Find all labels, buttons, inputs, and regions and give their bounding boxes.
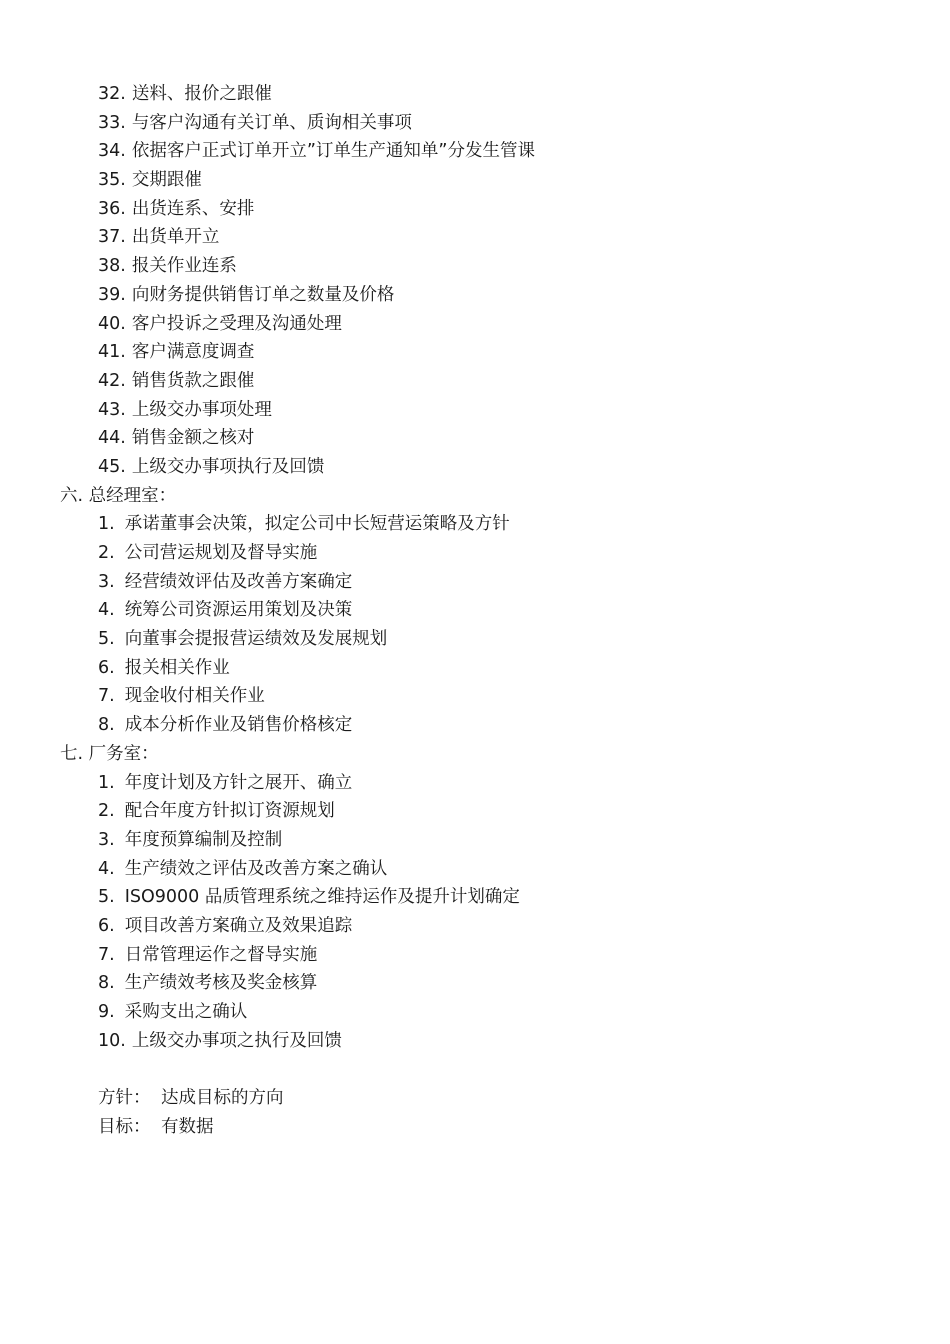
list-item: 35.交期跟催 xyxy=(0,166,950,195)
item-number: 7. xyxy=(98,941,115,970)
item-text: 向财务提供销售订单之数量及价格 xyxy=(132,285,395,305)
definition-policy: 方针：达成目标的方向 xyxy=(0,1084,950,1113)
item-number: 2. xyxy=(98,539,115,568)
item-number: 33. xyxy=(98,109,126,138)
item-number: 41. xyxy=(98,338,126,367)
item-number: 45. xyxy=(98,453,126,482)
definition-text: 有数据 xyxy=(161,1117,214,1137)
list-item: 43.上级交办事项处理 xyxy=(0,396,950,425)
item-number: 40. xyxy=(98,310,126,339)
item-number: 9. xyxy=(98,998,115,1027)
list-item: 4.统筹公司资源运用策划及决策 xyxy=(0,596,950,625)
item-text: 现金收付相关作业 xyxy=(125,686,265,706)
list-item: 44.销售金额之核对 xyxy=(0,424,950,453)
list-item: 34.依据客户正式订单开立”订单生产通知单”分发生管课 xyxy=(0,137,950,166)
list-item: 1.承诺董事会决策，拟定公司中长短营运策略及方针 xyxy=(0,510,950,539)
list-item: 3.经营绩效评估及改善方案确定 xyxy=(0,568,950,597)
section-6-list: 1.承诺董事会决策，拟定公司中长短营运策略及方针 2.公司营运规划及督导实施 3… xyxy=(0,510,950,740)
item-text: 上级交办事项处理 xyxy=(132,400,272,420)
item-number: 35. xyxy=(98,166,126,195)
list-item: 2.配合年度方针拟订资源规划 xyxy=(0,797,950,826)
item-text: 年度预算编制及控制 xyxy=(125,830,283,850)
definition-label: 目标： xyxy=(98,1113,161,1142)
list-item: 3.年度预算编制及控制 xyxy=(0,826,950,855)
blank-line xyxy=(0,1055,950,1084)
item-text: 上级交办事项执行及回馈 xyxy=(132,457,325,477)
item-number: 1. xyxy=(98,510,115,539)
list-item: 7.现金收付相关作业 xyxy=(0,682,950,711)
item-number: 6. xyxy=(98,912,115,941)
item-text: 向董事会提报营运绩效及发展规划 xyxy=(125,629,388,649)
item-text: 经营绩效评估及改善方案确定 xyxy=(125,572,353,592)
item-number: 39. xyxy=(98,281,126,310)
item-number: 43. xyxy=(98,396,126,425)
item-text: 统筹公司资源运用策划及决策 xyxy=(125,600,353,620)
section-5-list: 32.送料、报价之跟催 33.与客户沟通有关订单、质询相关事项 34.依据客户正… xyxy=(0,80,950,482)
item-text: 出货连系、安排 xyxy=(132,199,255,219)
section-heading-factory-affairs-office: 七. 厂务室： xyxy=(0,740,950,769)
section-heading-general-manager-office: 六. 总经理室： xyxy=(0,482,950,511)
item-number: 38. xyxy=(98,252,126,281)
item-number: 4. xyxy=(98,596,115,625)
item-text: 公司营运规划及督导实施 xyxy=(125,543,318,563)
item-number: 4. xyxy=(98,855,115,884)
list-item: 10.上级交办事项之执行及回馈 xyxy=(0,1027,950,1056)
item-number: 6. xyxy=(98,654,115,683)
item-number: 2. xyxy=(98,797,115,826)
item-number: 8. xyxy=(98,711,115,740)
list-item: 38.报关作业连系 xyxy=(0,252,950,281)
item-text: 报关相关作业 xyxy=(125,658,230,678)
item-text: 依据客户正式订单开立”订单生产通知单”分发生管课 xyxy=(132,141,535,161)
list-item: 45.上级交办事项执行及回馈 xyxy=(0,453,950,482)
item-text: 出货单开立 xyxy=(132,227,220,247)
section-7-list: 1.年度计划及方针之展开、确立 2.配合年度方针拟订资源规划 3.年度预算编制及… xyxy=(0,769,950,1056)
definition-target: 目标：有数据 xyxy=(0,1113,950,1142)
list-item: 4.生产绩效之评估及改善方案之确认 xyxy=(0,855,950,884)
item-text: 采购支出之确认 xyxy=(125,1002,248,1022)
item-text: ISO9000 品质管理系统之维持运作及提升计划确定 xyxy=(125,887,520,907)
list-item: 42.销售货款之跟催 xyxy=(0,367,950,396)
item-number: 10. xyxy=(98,1027,126,1056)
definitions: 方针：达成目标的方向 目标：有数据 xyxy=(0,1084,950,1141)
item-text: 客户投诉之受理及沟通处理 xyxy=(132,314,342,334)
document-page: 32.送料、报价之跟催 33.与客户沟通有关订单、质询相关事项 34.依据客户正… xyxy=(0,80,950,1141)
item-text: 上级交办事项之执行及回馈 xyxy=(132,1031,342,1051)
item-text: 销售货款之跟催 xyxy=(132,371,255,391)
item-number: 5. xyxy=(98,883,115,912)
list-item: 7.日常管理运作之督导实施 xyxy=(0,941,950,970)
list-item: 32.送料、报价之跟催 xyxy=(0,80,950,109)
item-text: 客户满意度调查 xyxy=(132,342,255,362)
item-text: 报关作业连系 xyxy=(132,256,237,276)
list-item: 2.公司营运规划及督导实施 xyxy=(0,539,950,568)
item-number: 36. xyxy=(98,195,126,224)
item-number: 8. xyxy=(98,969,115,998)
list-item: 40.客户投诉之受理及沟通处理 xyxy=(0,310,950,339)
item-text: 与客户沟通有关订单、质询相关事项 xyxy=(132,113,412,133)
list-item: 8.成本分析作业及销售价格核定 xyxy=(0,711,950,740)
list-item: 33.与客户沟通有关订单、质询相关事项 xyxy=(0,109,950,138)
list-item: 39.向财务提供销售订单之数量及价格 xyxy=(0,281,950,310)
item-text: 生产绩效之评估及改善方案之确认 xyxy=(125,859,388,879)
item-text: 项目改善方案确立及效果追踪 xyxy=(125,916,353,936)
item-text: 成本分析作业及销售价格核定 xyxy=(125,715,353,735)
item-number: 7. xyxy=(98,682,115,711)
item-number: 44. xyxy=(98,424,126,453)
item-text: 配合年度方针拟订资源规划 xyxy=(125,801,335,821)
list-item: 9.采购支出之确认 xyxy=(0,998,950,1027)
item-text: 送料、报价之跟催 xyxy=(132,84,272,104)
item-text: 交期跟催 xyxy=(132,170,202,190)
list-item: 6.报关相关作业 xyxy=(0,654,950,683)
item-number: 1. xyxy=(98,769,115,798)
item-text: 日常管理运作之督导实施 xyxy=(125,945,318,965)
item-number: 32. xyxy=(98,80,126,109)
item-number: 3. xyxy=(98,826,115,855)
item-text: 年度计划及方针之展开、确立 xyxy=(125,773,353,793)
item-text: 承诺董事会决策，拟定公司中长短营运策略及方针 xyxy=(125,514,510,534)
list-item: 1.年度计划及方针之展开、确立 xyxy=(0,769,950,798)
item-number: 3. xyxy=(98,568,115,597)
list-item: 41.客户满意度调查 xyxy=(0,338,950,367)
list-item: 37.出货单开立 xyxy=(0,223,950,252)
item-number: 37. xyxy=(98,223,126,252)
list-item: 6.项目改善方案确立及效果追踪 xyxy=(0,912,950,941)
list-item: 8.生产绩效考核及奖金核算 xyxy=(0,969,950,998)
item-text: 销售金额之核对 xyxy=(132,428,255,448)
item-text: 生产绩效考核及奖金核算 xyxy=(125,973,318,993)
item-number: 34. xyxy=(98,137,126,166)
list-item: 5.向董事会提报营运绩效及发展规划 xyxy=(0,625,950,654)
list-item: 5.ISO9000 品质管理系统之维持运作及提升计划确定 xyxy=(0,883,950,912)
definition-text: 达成目标的方向 xyxy=(161,1088,284,1108)
item-number: 5. xyxy=(98,625,115,654)
list-item: 36.出货连系、安排 xyxy=(0,195,950,224)
definition-label: 方针： xyxy=(98,1084,161,1113)
item-number: 42. xyxy=(98,367,126,396)
